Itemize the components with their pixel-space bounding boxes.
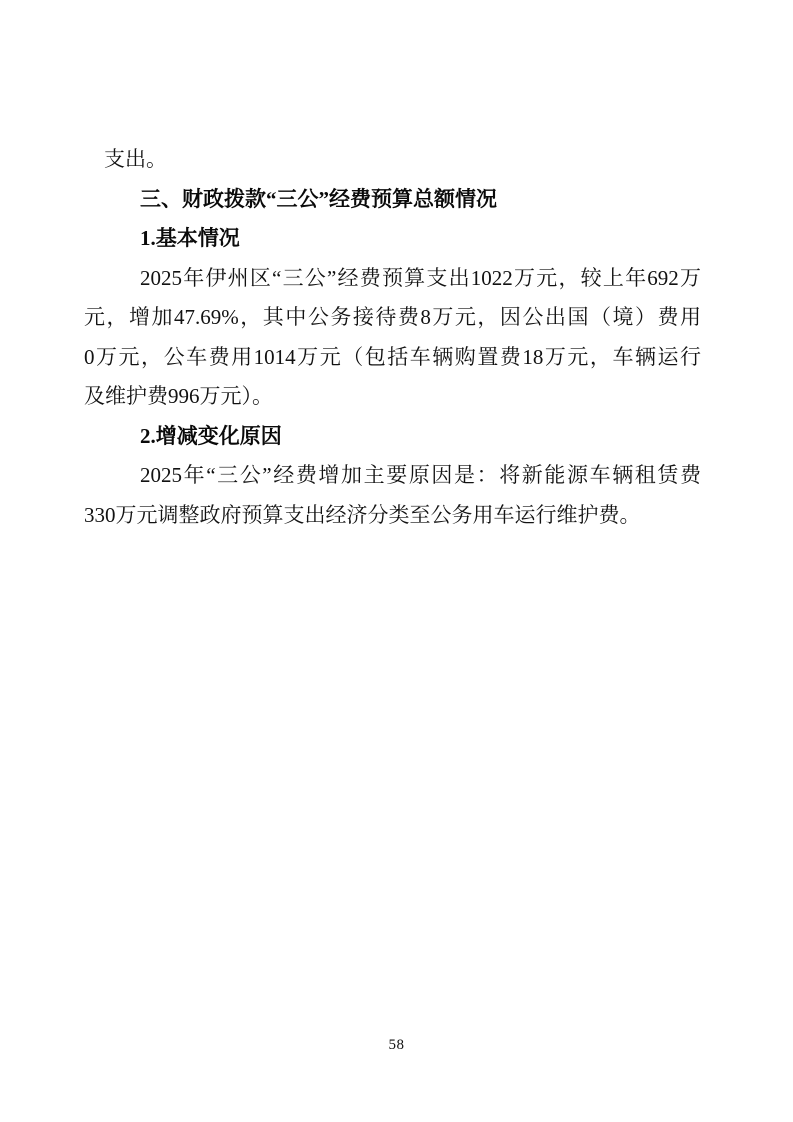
- subsection-2-heading: 2.增减变化原因: [84, 417, 701, 457]
- body-text-line: 2025年“三公”经费增加主要原因是：将新能源车辆租赁费: [84, 456, 701, 496]
- body-text-line: 0万元，公车费用1014万元（包括车辆购置费18万元，车辆运行: [84, 338, 701, 378]
- section-heading: 三、财政拨款“三公”经费预算总额情况: [84, 180, 701, 220]
- page-number: 58: [389, 1037, 405, 1053]
- document-body: 支出。 三、财政拨款“三公”经费预算总额情况 1.基本情况 2025年伊州区“三…: [84, 140, 701, 535]
- body-text-line: 及维护费996万元）。: [84, 377, 701, 417]
- document-page: 支出。 三、财政拨款“三公”经费预算总额情况 1.基本情况 2025年伊州区“三…: [0, 0, 793, 1122]
- paragraph-continuation-line: 支出。: [84, 140, 701, 180]
- body-text-line: 元，增加47.69%，其中公务接待费8万元，因公出国（境）费用: [84, 298, 701, 338]
- body-text-line: 2025年伊州区“三公”经费预算支出1022万元，较上年692万: [84, 259, 701, 299]
- subsection-1-heading: 1.基本情况: [84, 219, 701, 259]
- body-text-line: 330万元调整政府预算支出经济分类至公务用车运行维护费。: [84, 496, 701, 536]
- page-footer: 58: [0, 1036, 793, 1054]
